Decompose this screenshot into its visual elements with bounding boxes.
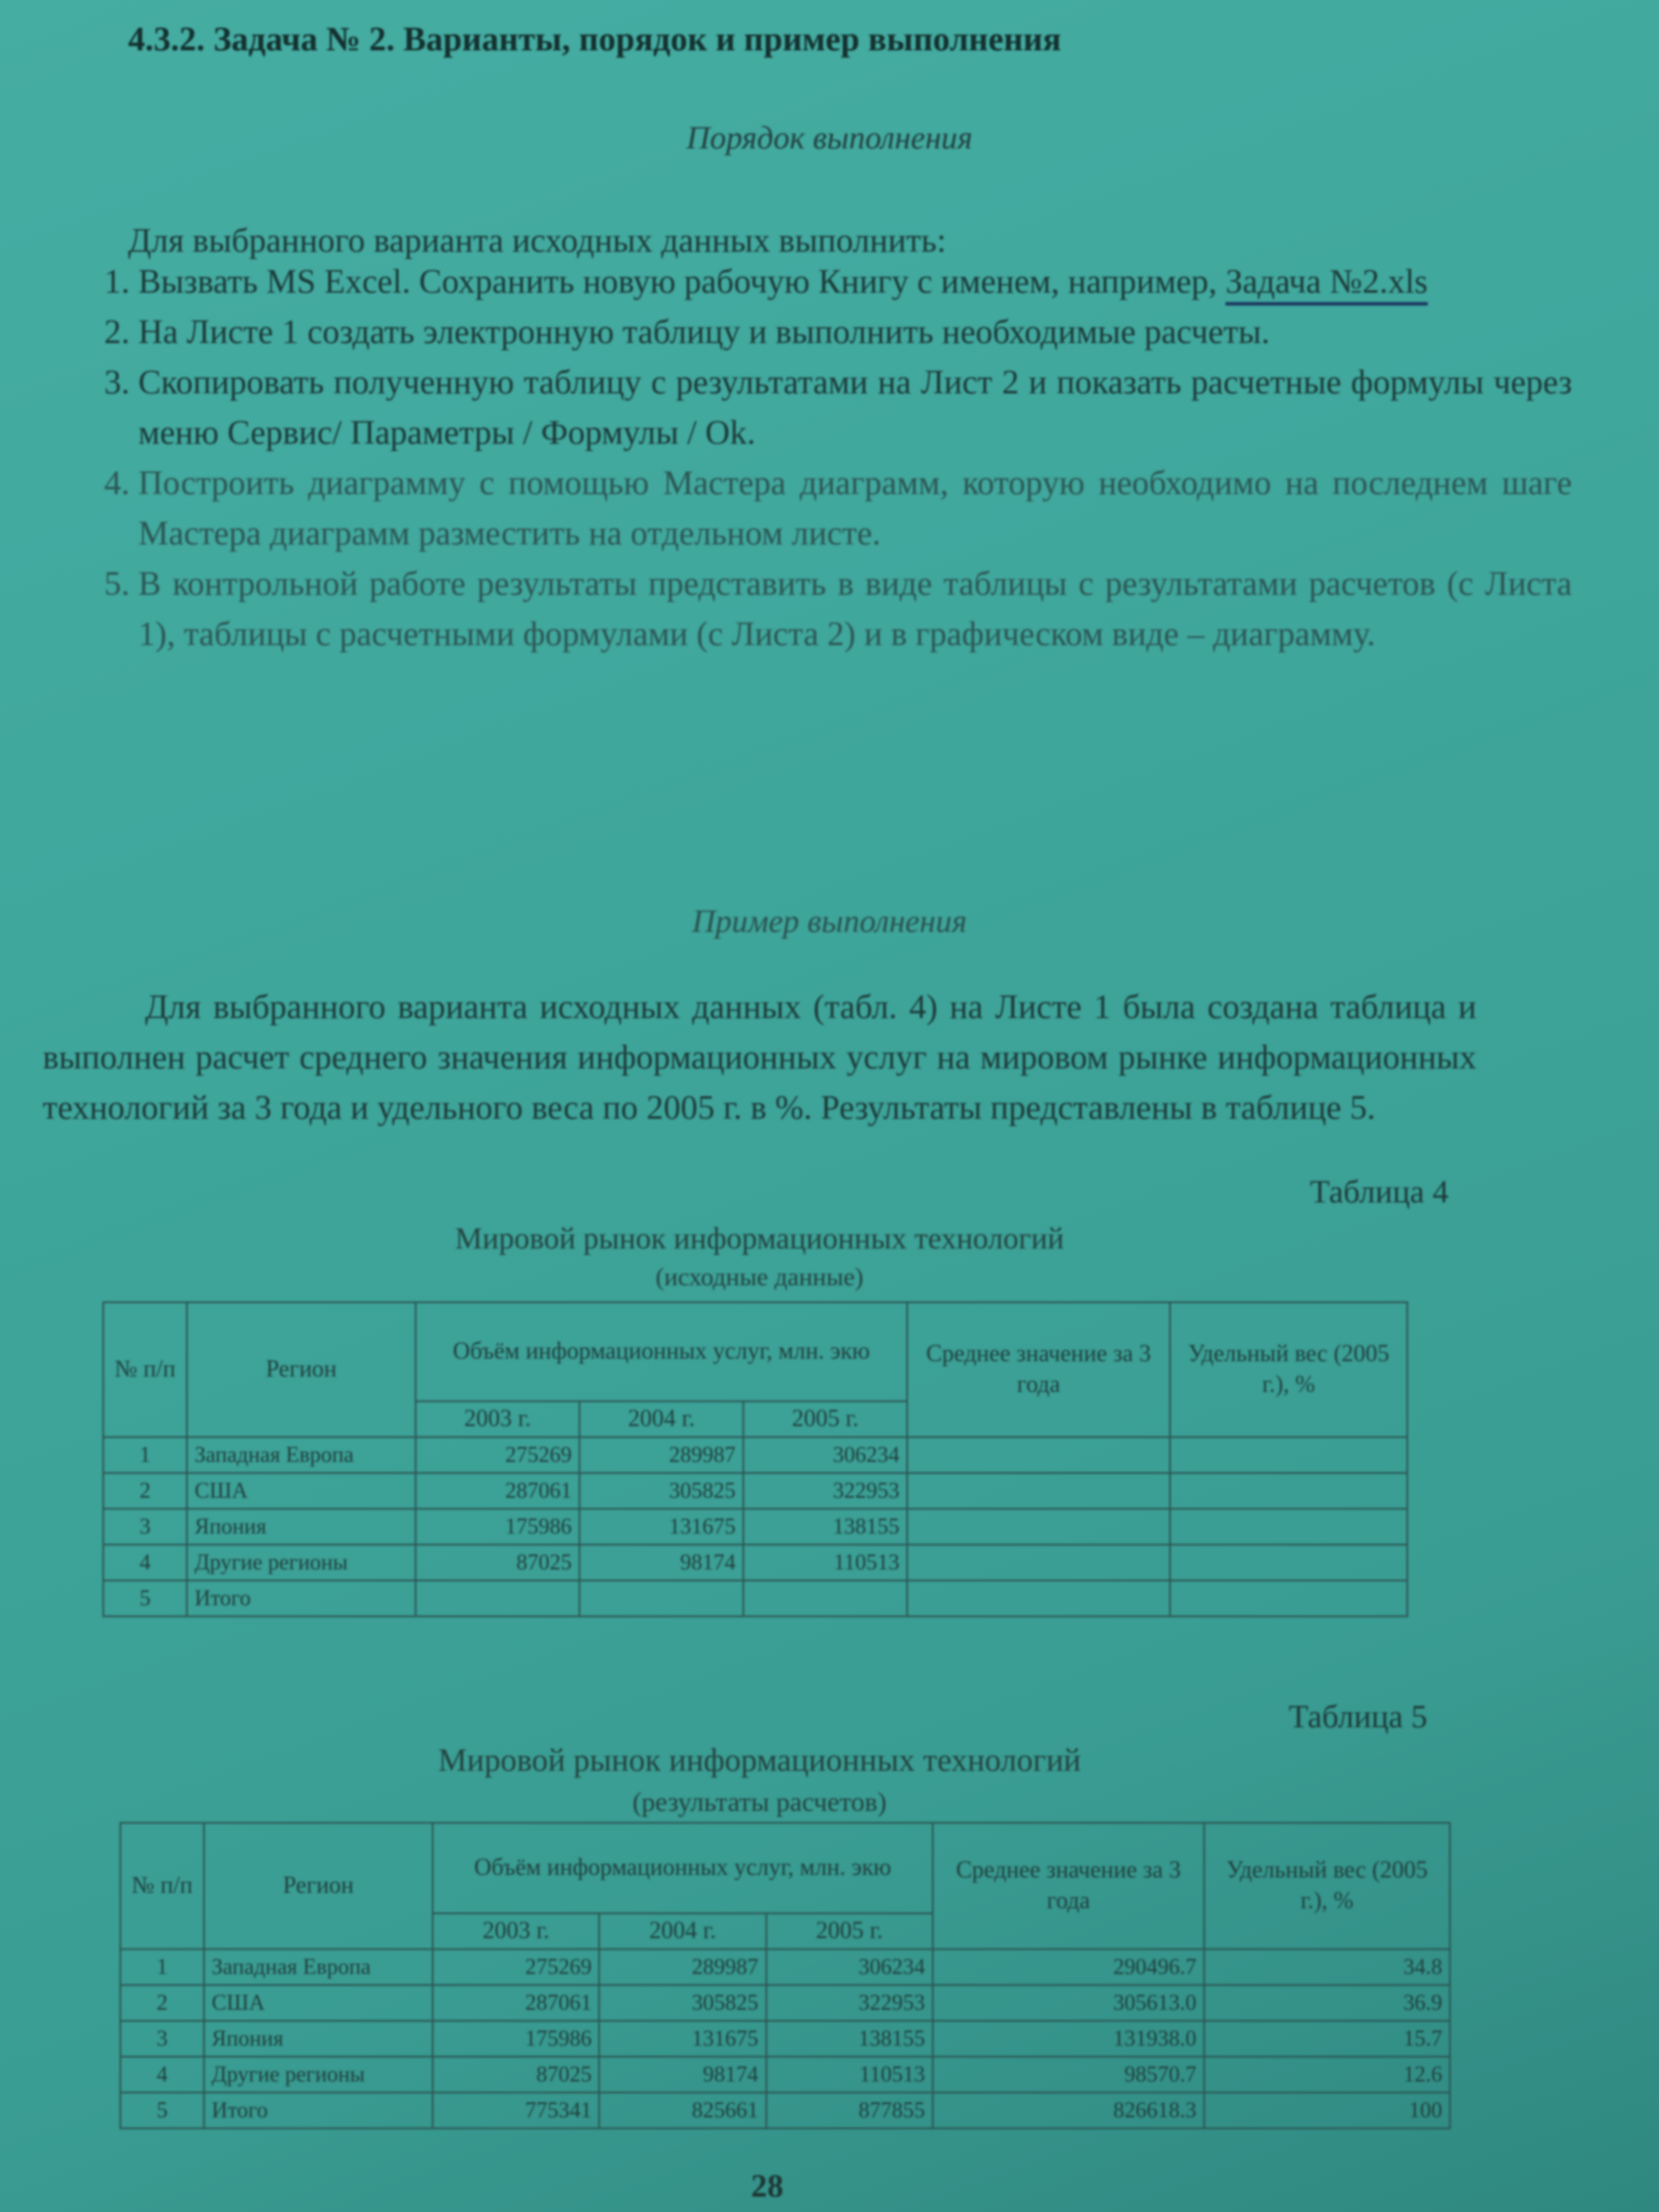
table-row: 1Западная Европа275269289987306234290496… bbox=[120, 1949, 1450, 1985]
row-region: США bbox=[204, 1985, 433, 2021]
table-row: 1Западная Европа275269289987306234 bbox=[103, 1437, 1407, 1473]
row-avg bbox=[907, 1509, 1170, 1545]
table4-title: Мировой рынок информационных технологий bbox=[0, 1220, 1519, 1256]
row-avg: 98570.7 bbox=[933, 2057, 1204, 2093]
document-page: 4.3.2. Задача № 2. Варианты, порядок и п… bbox=[0, 0, 1659, 2212]
row-2003: 87025 bbox=[416, 1545, 579, 1580]
row-2004: 131675 bbox=[579, 1509, 743, 1545]
row-2004: 131675 bbox=[599, 2021, 765, 2057]
row-2005: 322953 bbox=[766, 1985, 933, 2021]
example-text: Для выбранного варианта исходных данных … bbox=[43, 981, 1476, 1132]
table-row: 3Япония175986131675138155 bbox=[103, 1509, 1407, 1545]
row-avg bbox=[907, 1473, 1170, 1509]
table-row: 2США287061305825322953305613.036.9 bbox=[120, 1985, 1450, 2021]
row-2004: 289987 bbox=[599, 1949, 765, 1985]
row-2004: 98174 bbox=[579, 1545, 743, 1580]
row-2003: 275269 bbox=[433, 1949, 599, 1985]
row-avg bbox=[907, 1437, 1170, 1473]
row-share bbox=[1170, 1473, 1407, 1509]
step-1-text: Вызвать MS Excel. Сохранить новую рабочу… bbox=[138, 262, 1217, 300]
row-2003: 287061 bbox=[433, 1985, 599, 2021]
table-row: 4Другие регионы8702598174110513 bbox=[103, 1545, 1407, 1580]
step-5: В контрольной работе результаты представ… bbox=[138, 558, 1572, 659]
row-region: США bbox=[187, 1473, 416, 1509]
row-share bbox=[1170, 1509, 1407, 1545]
t4-h-avg: Среднее значение за 3 года bbox=[907, 1302, 1170, 1437]
row-share: 34.8 bbox=[1204, 1949, 1450, 1985]
section-heading: 4.3.2. Задача № 2. Варианты, порядок и п… bbox=[128, 19, 1062, 59]
row-avg bbox=[907, 1580, 1170, 1616]
row-region: Другие регионы bbox=[204, 2057, 433, 2093]
row-2003: 175986 bbox=[416, 1509, 579, 1545]
row-2005: 306234 bbox=[766, 1949, 933, 1985]
steps-list: Вызвать MS Excel. Сохранить новую рабочу… bbox=[68, 256, 1572, 659]
row-region: Западная Европа bbox=[187, 1437, 416, 1473]
row-2003: 275269 bbox=[416, 1437, 579, 1473]
row-num: 5 bbox=[120, 2093, 204, 2128]
row-2004: 305825 bbox=[579, 1473, 743, 1509]
t5-h-y2: 2004 г. bbox=[599, 1913, 765, 1949]
row-2005: 110513 bbox=[766, 2057, 933, 2093]
row-num: 3 bbox=[103, 1509, 187, 1545]
row-share bbox=[1170, 1580, 1407, 1616]
row-2005: 877855 bbox=[766, 2093, 933, 2128]
row-2004: 305825 bbox=[599, 1985, 765, 2021]
t5-h-avg: Среднее значение за 3 года bbox=[933, 1823, 1204, 1949]
row-2005: 306234 bbox=[743, 1437, 907, 1473]
t4-h-volume: Объём информационных услуг, млн. экю bbox=[416, 1302, 907, 1401]
table4: № п/п Регион Объём информационных услуг,… bbox=[102, 1301, 1408, 1617]
table-row: 5Итого bbox=[103, 1580, 1407, 1616]
row-region: Япония bbox=[187, 1509, 416, 1545]
t5-h-share: Удельный вес (2005 г.), % bbox=[1204, 1823, 1450, 1949]
t5-h-y1: 2003 г. bbox=[433, 1913, 599, 1949]
table4-subtitle: (исходные данные) bbox=[0, 1260, 1519, 1295]
t5-h-volume: Объём информационных услуг, млн. экю bbox=[433, 1823, 933, 1913]
table5-caption: Таблица 5 bbox=[1289, 1698, 1428, 1736]
row-share: 100 bbox=[1204, 2093, 1450, 2128]
row-2004: 98174 bbox=[599, 2057, 765, 2093]
row-2005: 322953 bbox=[743, 1473, 907, 1509]
row-num: 2 bbox=[120, 1985, 204, 2021]
row-avg: 290496.7 bbox=[933, 1949, 1204, 1985]
row-2005 bbox=[743, 1580, 907, 1616]
example-title: Пример выполнения bbox=[0, 903, 1659, 940]
step-4: Построить диаграмму с помощью Мастера ди… bbox=[138, 457, 1572, 558]
row-num: 1 bbox=[120, 1949, 204, 1985]
table-row: 5Итого775341825661877855826618.3100 bbox=[120, 2093, 1450, 2128]
table5-title: Мировой рынок информационных технологий bbox=[0, 1743, 1519, 1778]
table5: № п/п Регион Объём информационных услуг,… bbox=[119, 1822, 1451, 2129]
t4-h-share: Удельный вес (2005 г.), % bbox=[1170, 1302, 1407, 1437]
row-2003: 775341 bbox=[433, 2093, 599, 2128]
row-num: 1 bbox=[103, 1437, 187, 1473]
t5-h-y3: 2005 г. bbox=[766, 1913, 933, 1949]
row-avg: 826618.3 bbox=[933, 2093, 1204, 2128]
order-title: Порядок выполнения bbox=[0, 119, 1659, 157]
row-share: 15.7 bbox=[1204, 2021, 1450, 2057]
row-share bbox=[1170, 1437, 1407, 1473]
row-2003 bbox=[416, 1580, 579, 1616]
row-region: Западная Европа bbox=[204, 1949, 433, 1985]
row-region: Другие регионы bbox=[187, 1545, 416, 1580]
table-row: 4Другие регионы870259817411051398570.712… bbox=[120, 2057, 1450, 2093]
row-num: 4 bbox=[103, 1545, 187, 1580]
row-region: Итого bbox=[204, 2093, 433, 2128]
t4-h-y2: 2004 г. bbox=[579, 1401, 743, 1437]
row-num: 3 bbox=[120, 2021, 204, 2057]
row-2005: 138155 bbox=[766, 2021, 933, 2057]
row-share: 12.6 bbox=[1204, 2057, 1450, 2093]
row-avg: 131938.0 bbox=[933, 2021, 1204, 2057]
row-2005: 110513 bbox=[743, 1545, 907, 1580]
step-1-filename: Задача №2.xls bbox=[1225, 262, 1428, 306]
t5-h-region: Регион bbox=[204, 1823, 433, 1949]
t4-h-num: № п/п bbox=[103, 1302, 187, 1437]
page-number: 28 bbox=[751, 2168, 783, 2205]
table-row: 3Япония175986131675138155131938.015.7 bbox=[120, 2021, 1450, 2057]
t4-h-y3: 2005 г. bbox=[743, 1401, 907, 1437]
t5-h-num: № п/п bbox=[120, 1823, 204, 1949]
step-1: Вызвать MS Excel. Сохранить новую рабочу… bbox=[138, 256, 1572, 306]
row-2004 bbox=[579, 1580, 743, 1616]
row-num: 5 bbox=[103, 1580, 187, 1616]
t4-h-y1: 2003 г. bbox=[416, 1401, 579, 1437]
table4-caption: Таблица 4 bbox=[1310, 1173, 1449, 1211]
row-region: Япония bbox=[204, 2021, 433, 2057]
row-avg: 305613.0 bbox=[933, 1985, 1204, 2021]
row-2004: 289987 bbox=[579, 1437, 743, 1473]
row-2003: 287061 bbox=[416, 1473, 579, 1509]
table5-subtitle: (результаты расчетов) bbox=[0, 1784, 1519, 1819]
row-share: 36.9 bbox=[1204, 1985, 1450, 2021]
table-row: 2США287061305825322953 bbox=[103, 1473, 1407, 1509]
row-num: 2 bbox=[103, 1473, 187, 1509]
row-2004: 825661 bbox=[599, 2093, 765, 2128]
row-2003: 175986 bbox=[433, 2021, 599, 2057]
step-2: На Листе 1 создать электронную таблицу и… bbox=[138, 306, 1572, 357]
row-avg bbox=[907, 1545, 1170, 1580]
t4-h-region: Регион bbox=[187, 1302, 416, 1437]
row-2003: 87025 bbox=[433, 2057, 599, 2093]
row-2005: 138155 bbox=[743, 1509, 907, 1545]
step-3: Скопировать полученную таблицу с результ… bbox=[138, 357, 1572, 457]
row-share bbox=[1170, 1545, 1407, 1580]
row-region: Итого bbox=[187, 1580, 416, 1616]
row-num: 4 bbox=[120, 2057, 204, 2093]
